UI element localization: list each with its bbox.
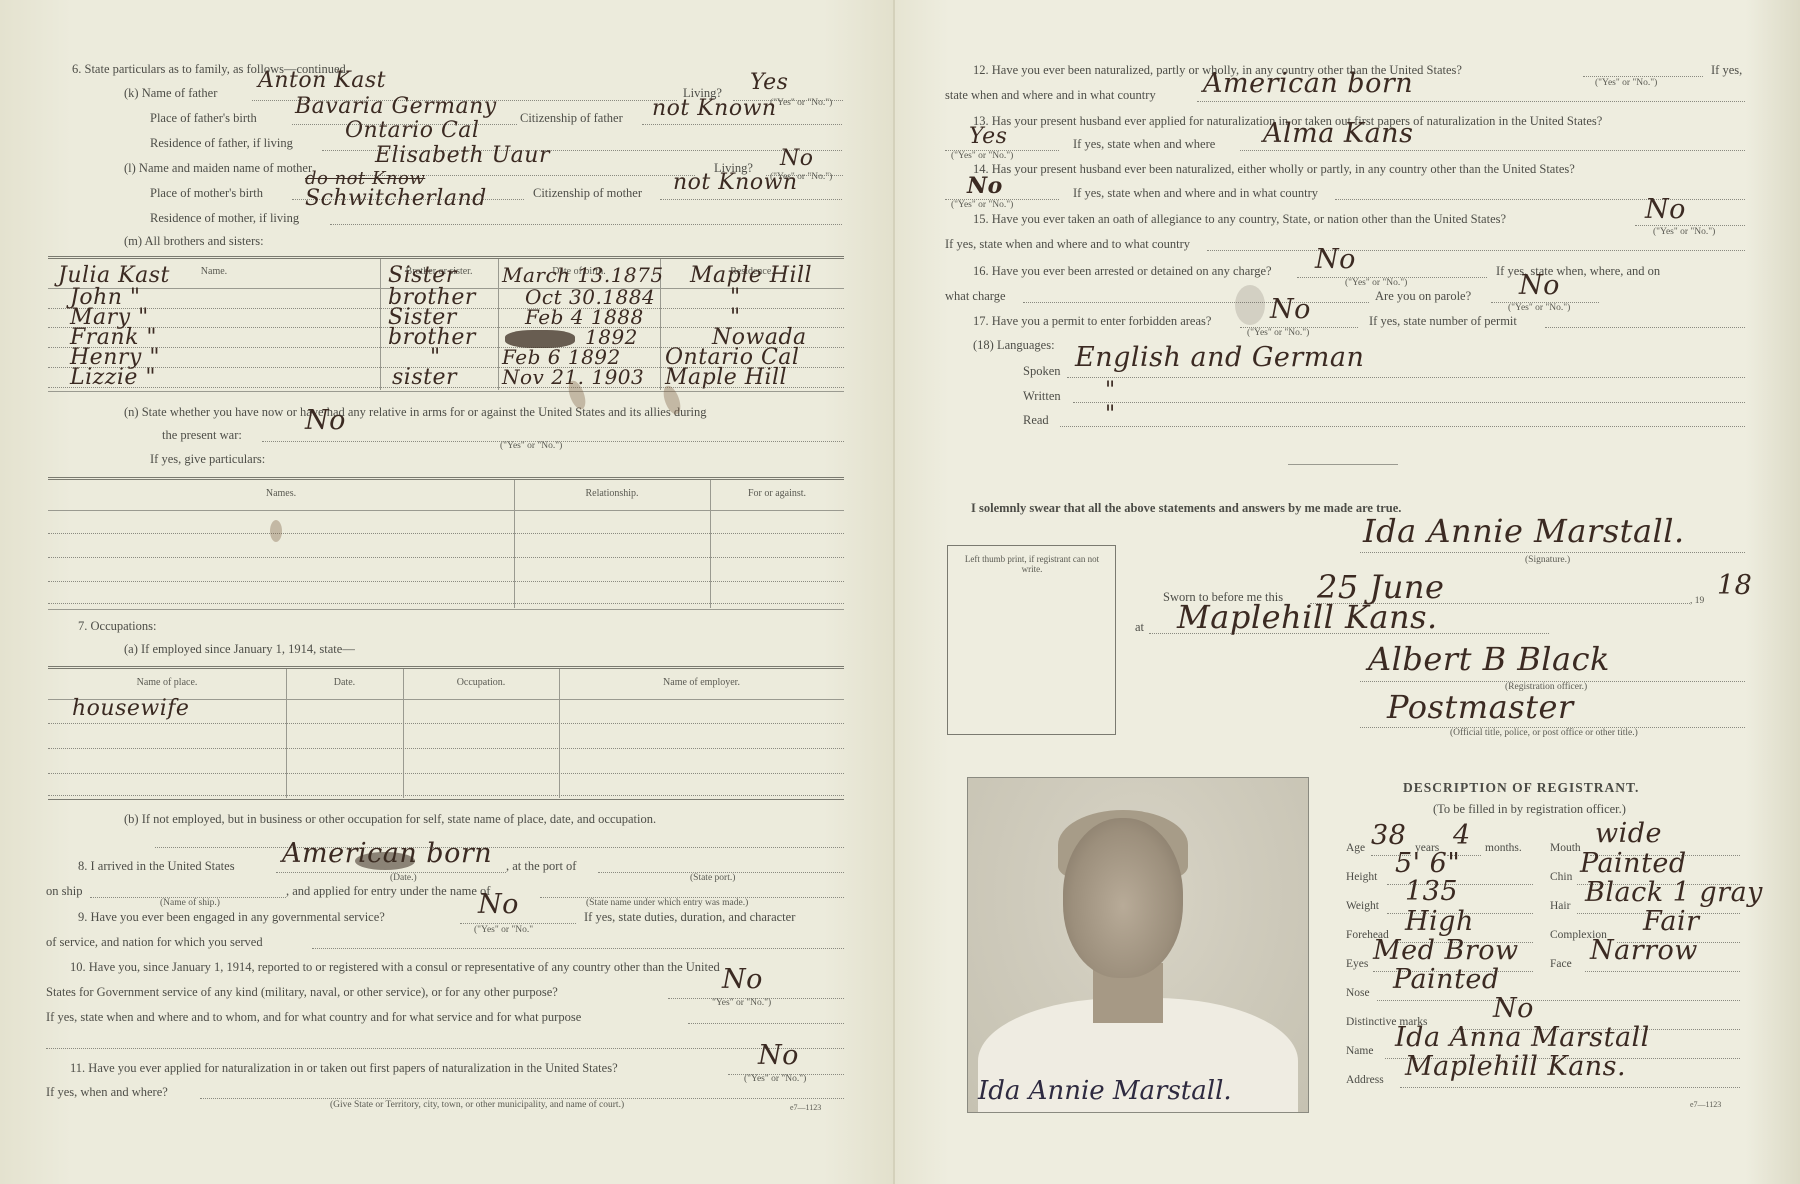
q10-line1: 10. Have you, since January 1, 1914, rep… <box>70 960 720 975</box>
spoken-line <box>1067 377 1745 378</box>
q14-text: 14. Has your present husband ever been n… <box>973 162 1575 177</box>
read-label: Read <box>1023 413 1049 428</box>
q16-line2: what charge <box>945 289 1006 304</box>
q15-line2: If yes, state when and where and to what… <box>945 237 1190 252</box>
father-name-value: Anton Kast <box>258 68 386 93</box>
eyes-value: Med Brow <box>1373 935 1519 966</box>
father-citizenship-line <box>642 124 842 125</box>
name-label: Name <box>1346 1045 1373 1057</box>
form-code: e7—1123 <box>790 1103 821 1112</box>
yes-no-hint: ("Yes" or "No." <box>474 925 533 935</box>
q17-permit-label: If yes, state number of permit <box>1369 314 1517 329</box>
port-hint: (State port.) <box>690 873 735 883</box>
col-divider <box>498 259 499 390</box>
mother-birth-label: Place of mother's birth <box>150 186 263 201</box>
occupations-heading: 7. Occupations: <box>78 619 156 634</box>
forehead-value: High <box>1405 906 1474 937</box>
q13-where-value: Alma Kans <box>1263 118 1413 149</box>
father-birth-label: Place of father's birth <box>150 111 257 126</box>
weight-value: 135 <box>1405 876 1458 907</box>
col-divider <box>286 669 287 798</box>
q13-where-label: If yes, state when and where <box>1073 137 1215 152</box>
mother-citizenship-label: Citizenship of mother <box>533 186 642 201</box>
mother-name-value: Elisabeth Uaur <box>375 143 550 168</box>
nose-value: Painted <box>1393 964 1500 995</box>
description-heading: DESCRIPTION OF REGISTRANT. <box>1403 780 1639 796</box>
height-label: Height <box>1346 871 1377 883</box>
spoken-label: Spoken <box>1023 364 1061 379</box>
address-value: Maplehill Kans. <box>1405 1051 1626 1082</box>
col-header-relationship: Relationship. <box>514 488 710 499</box>
q10-line3: If yes, state when and where and to whom… <box>46 1010 581 1025</box>
q12-line2: state when and where and in what country <box>945 88 1156 103</box>
col-divider <box>514 480 515 608</box>
father-residence-value: Ontario Cal <box>345 118 479 143</box>
relatives-question: (n) State whether you have now or have h… <box>124 405 706 420</box>
father-citizenship-label: Citizenship of father <box>520 111 623 126</box>
yes-no-hint: ("Yes" or "No.") <box>1345 278 1407 288</box>
occupations-sub-a: (a) If employed since January 1, 1914, s… <box>124 642 355 657</box>
spoken-value: English and German <box>1075 342 1364 373</box>
father-living-value: Yes <box>750 70 788 95</box>
particulars-label: If yes, give particulars: <box>150 452 265 467</box>
ink-smudge <box>355 852 415 870</box>
face-value: Narrow <box>1590 935 1698 966</box>
mouth-label: Mouth <box>1550 842 1581 854</box>
occupation-place: housewife <box>72 696 189 721</box>
q15-text: 15. Have you ever taken an oath of alleg… <box>973 212 1506 227</box>
parole-label: Are you on parole? <box>1375 289 1471 304</box>
q14-answer: No <box>967 173 1003 199</box>
court-hint: (Give State or Territory, city, town, or… <box>330 1100 624 1110</box>
sibling-name: Lizzie " <box>70 365 156 390</box>
sibling-relation: sister <box>392 365 457 390</box>
ink-stain <box>270 520 282 542</box>
col-header-date: Date. <box>286 677 403 688</box>
mother-citizenship-value: not Known <box>673 170 798 195</box>
q15-answer: No <box>1645 194 1686 225</box>
chin-value: Painted <box>1580 848 1687 879</box>
sworn-year: 18 <box>1717 570 1752 601</box>
row-rule <box>48 795 844 796</box>
registrant-signature: Ida Annie Marstall. <box>1363 512 1685 550</box>
row-rule <box>48 581 844 582</box>
mother-living-value: No <box>780 146 814 171</box>
col-header-occupation: Occupation. <box>403 677 559 688</box>
form-code: e7—1123 <box>1690 1100 1721 1109</box>
right-page: 12. Have you ever been naturalized, part… <box>895 0 1800 1184</box>
thumb-print-label: Left thumb print, if registrant can not … <box>958 554 1106 574</box>
q16-answer: No <box>1315 244 1356 275</box>
face-label: Face <box>1550 958 1572 970</box>
description-subheading: (To be filled in by registration officer… <box>1433 802 1626 817</box>
q15-country-line <box>1207 250 1745 251</box>
thumb-print-box: Left thumb print, if registrant can not … <box>947 545 1116 735</box>
mother-citizenship-line <box>660 199 842 200</box>
yes-no-hint: ("Yes" or "No.") <box>951 200 1013 210</box>
col-divider <box>710 480 711 608</box>
relatives-question-line2: the present war: <box>162 428 242 443</box>
age-months: 4 <box>1453 820 1471 851</box>
table-rule <box>48 256 844 259</box>
yes-no-hint: ("Yes" or "No.") <box>1653 227 1715 237</box>
weight-label: Weight <box>1346 900 1379 912</box>
age-label: Age <box>1346 842 1365 854</box>
q9-answer: No <box>478 889 519 920</box>
father-residence-label: Residence of father, if living <box>150 136 293 151</box>
q15-answer-line <box>1635 225 1745 226</box>
q12-answer: American born <box>1203 68 1413 99</box>
table-rule <box>48 799 844 800</box>
chin-label: Chin <box>1550 871 1572 883</box>
row-rule <box>48 533 844 534</box>
q12-country-line <box>1197 101 1745 102</box>
col-header-employer: Name of employer. <box>559 677 844 688</box>
q17-text: 17. Have you a permit to enter forbidden… <box>973 314 1211 329</box>
yes-no-hint: ("Yes" or "No.") <box>744 1074 806 1084</box>
signature-hint: (Signature.) <box>1525 555 1570 565</box>
nose-label: Nose <box>1346 987 1370 999</box>
mouth-value: wide <box>1595 818 1662 849</box>
q13-where-line <box>1240 150 1745 151</box>
q10-answer: No <box>722 964 763 995</box>
complexion-value: Fair <box>1643 906 1700 937</box>
nose-line <box>1377 1000 1740 1001</box>
q9-service-line <box>312 948 844 949</box>
father-name-label: (k) Name of father <box>124 86 217 101</box>
at-label: at <box>1135 620 1144 635</box>
year-prefix: , 19 <box>1690 596 1704 606</box>
father-citizenship-value: not Known <box>652 96 777 121</box>
table-rule <box>48 609 844 610</box>
left-page: 6. State particulars as to family, as fo… <box>0 0 895 1184</box>
mother-residence-label: Residence of mother, if living <box>150 211 299 226</box>
table-rule <box>48 391 844 392</box>
q11-text: 11. Have you ever applied for naturaliza… <box>70 1061 618 1076</box>
photo-caption: Ida Annie Marstall. <box>978 1076 1232 1106</box>
col-header-place: Name of place. <box>48 677 286 688</box>
yes-no-hint: ("Yes" or "No.") <box>1595 78 1657 88</box>
q8-text-b: , at the port of <box>506 859 576 874</box>
address-label: Address <box>1346 1074 1384 1086</box>
col-header-names: Names. <box>48 488 514 499</box>
col-divider <box>380 259 381 390</box>
read-value: " <box>1105 402 1116 427</box>
relatives-answer: No <box>305 405 346 436</box>
q16-charge-line <box>1023 302 1369 303</box>
months-label: months. <box>1485 842 1522 854</box>
row-rule <box>48 603 844 604</box>
yes-no-hint: "Yes" or "No.") <box>712 998 771 1008</box>
sibling-dob: March 13.1875 <box>502 263 664 287</box>
age-years: 38 <box>1371 820 1406 851</box>
mother-residence-line <box>330 224 842 225</box>
q9-text-c: of service, and nation for which you ser… <box>46 935 263 950</box>
yes-no-hint: ("Yes" or "No.") <box>500 441 562 451</box>
officer-title: Postmaster <box>1387 688 1574 726</box>
marks-value: No <box>1493 993 1534 1024</box>
yes-no-hint: ("Yes" or "No.") <box>770 98 832 108</box>
q10-purpose-line <box>688 1023 844 1024</box>
q11-answer: No <box>758 1040 799 1071</box>
photo-face <box>1063 818 1183 978</box>
row-rule <box>48 723 844 724</box>
q16-text: 16. Have you ever been arrested or detai… <box>973 264 1272 279</box>
q11-when-line <box>200 1098 844 1099</box>
row-rule <box>48 748 844 749</box>
row-rule <box>48 510 844 511</box>
table-rule <box>48 477 844 480</box>
written-value: " <box>1105 378 1116 403</box>
q17-permit-line <box>1545 327 1745 328</box>
q9-text: 9. Have you ever been engaged in any gov… <box>78 910 385 925</box>
at-value: Maplehill Kans. <box>1177 598 1438 636</box>
mother-name-label: (l) Name and maiden name of mother <box>124 161 312 176</box>
col-divider <box>559 669 560 798</box>
q9-text-b: If yes, state duties, duration, and char… <box>584 910 795 925</box>
table-rule <box>48 666 844 669</box>
face-line <box>1585 971 1740 972</box>
siblings-label: (m) All brothers and sisters: <box>124 234 264 249</box>
q14-where-label: If yes, state when and where and in what… <box>1073 186 1318 201</box>
written-label: Written <box>1023 389 1061 404</box>
father-birth-value: Bavaria Germany <box>295 94 497 119</box>
sibling-residence: Maple Hill <box>690 263 812 288</box>
occupations-sub-b: (b) If not employed, but in business or … <box>124 812 656 827</box>
entry-name-hint: (State name under which entry was made.) <box>586 898 748 908</box>
q11-when-label: If yes, when and where? <box>46 1085 168 1100</box>
officer-signature: Albert B Black <box>1368 640 1610 678</box>
registrant-photo: Ida Annie Marstall. <box>967 777 1309 1113</box>
smudge <box>1235 285 1265 325</box>
mother-birth-value: Schwitcherland <box>305 186 487 211</box>
q9-answer-line <box>460 923 576 924</box>
col-header-for-against: For or against. <box>710 488 844 499</box>
hair-value: Black 1 gray <box>1585 877 1763 908</box>
yes-no-hint: ("Yes" or "No.") <box>1508 303 1570 313</box>
written-line <box>1073 402 1745 403</box>
date-hint: (Date.) <box>390 873 417 883</box>
col-divider <box>403 669 404 798</box>
q8-text-c: on ship <box>46 884 82 899</box>
address-line <box>1400 1087 1740 1088</box>
q17-answer: No <box>1270 294 1311 325</box>
sibling-residence: Maple Hill <box>665 365 787 390</box>
languages-label: (18) Languages: <box>973 338 1055 353</box>
yes-no-hint: ("Yes" or "No.") <box>1247 328 1309 338</box>
oath-statement: I solemnly swear that all the above stat… <box>971 501 1401 516</box>
q8-text-a: 8. I arrived in the United States <box>78 859 235 874</box>
name-value: Ida Anna Marstall <box>1395 1022 1650 1053</box>
read-line <box>1060 426 1745 427</box>
q13-answer: Yes <box>969 124 1007 149</box>
q10-purpose-line2 <box>46 1048 844 1049</box>
parole-answer: No <box>1519 270 1560 301</box>
q12-answer-line <box>1583 76 1703 77</box>
yes-no-hint: ("Yes" or "No.") <box>951 151 1013 161</box>
sub-b-line <box>155 847 844 848</box>
signature-line <box>1360 552 1745 553</box>
ship-hint: (Name of ship.) <box>160 898 220 908</box>
height-value: 5' 6" <box>1395 848 1460 879</box>
eyes-label: Eyes <box>1346 958 1368 970</box>
q10-line2: States for Government service of any kin… <box>46 985 558 1000</box>
hair-label: Hair <box>1550 900 1570 912</box>
row-rule <box>48 773 844 774</box>
section-divider <box>1288 464 1398 465</box>
title-hint: (Official title, police, or post office … <box>1450 728 1638 738</box>
q8-text-d: , and applied for entry under the name o… <box>286 884 490 899</box>
row-rule <box>48 557 844 558</box>
q12-text-end: If yes, <box>1711 63 1742 78</box>
